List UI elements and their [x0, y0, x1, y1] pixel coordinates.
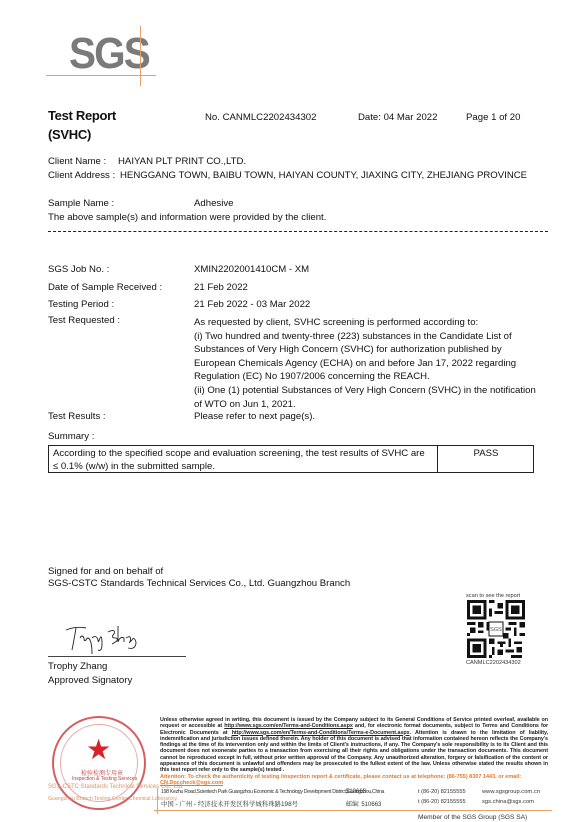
summary-text-line: According to the specified scope and eva… — [53, 448, 433, 461]
testing-period-value: 21 Feb 2022 - 03 Mar 2022 — [194, 299, 310, 310]
test-requested-line: European Chemicals Agency (ECHA) on and … — [194, 357, 534, 371]
telephone-1: t (86-20) 82155555 — [418, 789, 466, 795]
report-title: Test Report — [48, 108, 116, 123]
disclaimer-text: . Attention is drawn to the limitation o… — [160, 730, 548, 774]
report-number: No. CANMLC2202434302 — [205, 112, 316, 123]
test-results-value: Please refer to next page(s). — [194, 411, 315, 422]
report-date: Date: 04 Mar 2022 — [358, 112, 437, 123]
authenticity-attention: Attention: To check the authenticity of … — [160, 774, 548, 787]
client-name-label: Client Name : — [48, 156, 106, 167]
signed-on-behalf-line: Signed for and on behalf of — [48, 566, 163, 577]
signature-line — [48, 656, 186, 657]
sgs-logo: SGS — [46, 26, 158, 86]
test-requested-line: of WTO on Jun 1, 2021. — [194, 398, 534, 412]
sample-name-label: Sample Name : — [48, 198, 114, 209]
received-date-value: 21 Feb 2022 — [194, 282, 248, 293]
postcode-chinese: 邮编: 510663 — [346, 799, 381, 808]
telephone-2: t (86-20) 82155555 — [418, 799, 466, 805]
postcode-label: 邮编: — [346, 802, 360, 808]
postcode-value: 510663 — [361, 802, 381, 808]
client-address-value: HENGGANG TOWN, BAIBU TOWN, HAIYAN COUNTY… — [120, 170, 527, 181]
job-no-value: XMIN2202001410CM - XM — [194, 264, 309, 275]
summary-table: According to the specified scope and eva… — [48, 445, 534, 473]
page-indicator: Page 1 of 20 — [466, 112, 520, 123]
sample-provided-note: The above sample(s) and information were… — [48, 212, 326, 223]
test-requested-line: Regulation (EC) No 1907/2006 concerning … — [194, 370, 534, 384]
sgs-group-membership: Member of the SGS Group (SGS SA) — [418, 814, 527, 821]
postcode-english: 510663 — [346, 789, 366, 795]
handwritten-signature — [62, 620, 142, 656]
company-name: SGS-CSTC Standards Technical Services Co… — [48, 578, 350, 589]
test-requested-line: As requested by client, SVHC screening i… — [194, 316, 534, 330]
section-divider — [48, 231, 548, 232]
test-requested-line: (ii) One (1) potential Substances of Ver… — [194, 384, 534, 398]
terms-link[interactable]: http://www.sgs.com/en/Terms-and-Conditio… — [224, 723, 353, 729]
attention-text: Attention: To check the authenticity of … — [160, 774, 521, 780]
test-requested-text: As requested by client, SVHC screening i… — [194, 316, 534, 411]
svg-text:SGS: SGS — [490, 627, 502, 633]
website-link[interactable]: www.sgsgroup.com.cn — [482, 789, 540, 795]
legal-disclaimer: Unless otherwise agreed in writing, this… — [160, 717, 548, 774]
qr-report-id: CANMLC2202434302 — [466, 660, 521, 666]
qr-caption: scan to see the report — [466, 593, 520, 599]
sgs-logo-text: SGS — [69, 30, 149, 78]
client-name-value: HAIYAN PLT PRINT CO.,LTD. — [118, 156, 246, 167]
stamp-english-text: Inspection & Testing Services — [72, 776, 137, 782]
summary-label: Summary : — [48, 431, 94, 442]
logo-vertical-line — [140, 26, 141, 86]
email-link[interactable]: sgs.china@sgs.com — [482, 799, 534, 805]
job-no-label: SGS Job No. : — [48, 264, 109, 275]
summary-text: According to the specified scope and eva… — [53, 448, 433, 473]
signatory-name: Trophy Zhang — [48, 661, 107, 672]
star-icon: ★ — [86, 736, 111, 764]
received-date-label: Date of Sample Received : — [48, 282, 162, 293]
sample-name-value: Adhesive — [194, 198, 233, 209]
summary-result: PASS — [438, 448, 534, 459]
test-requested-line: (i) Two hundred and twenty-three (223) s… — [194, 330, 534, 344]
testing-period-label: Testing Period : — [48, 299, 114, 310]
report-subtitle: (SVHC) — [48, 127, 91, 142]
qr-code-icon[interactable]: SGS — [466, 600, 526, 658]
doccheck-email-link[interactable]: CN.Doccheck@sgs.com — [160, 780, 223, 786]
summary-text-line: ≤ 0.1% (w/w) in the submitted sample. — [53, 461, 433, 474]
signatory-title: Approved Signatory — [48, 675, 132, 686]
address-chinese: 中国 - 广州 - 经济技术开发区科学城科珠路198号 — [161, 799, 298, 808]
e-document-terms-link[interactable]: http://www.sgs.com/en/Terms-and-Conditio… — [232, 730, 410, 736]
footer-horizontal-line — [154, 810, 552, 811]
client-address-label: Client Address : — [48, 170, 115, 181]
test-results-label: Test Results : — [48, 411, 106, 422]
test-requested-label: Test Requested : — [48, 315, 120, 326]
lab-name-line2: Guangzhou Branch Testing Center Chemical… — [48, 796, 178, 802]
test-requested-line: Substances of Very High Concern (SVHC) f… — [194, 343, 534, 357]
